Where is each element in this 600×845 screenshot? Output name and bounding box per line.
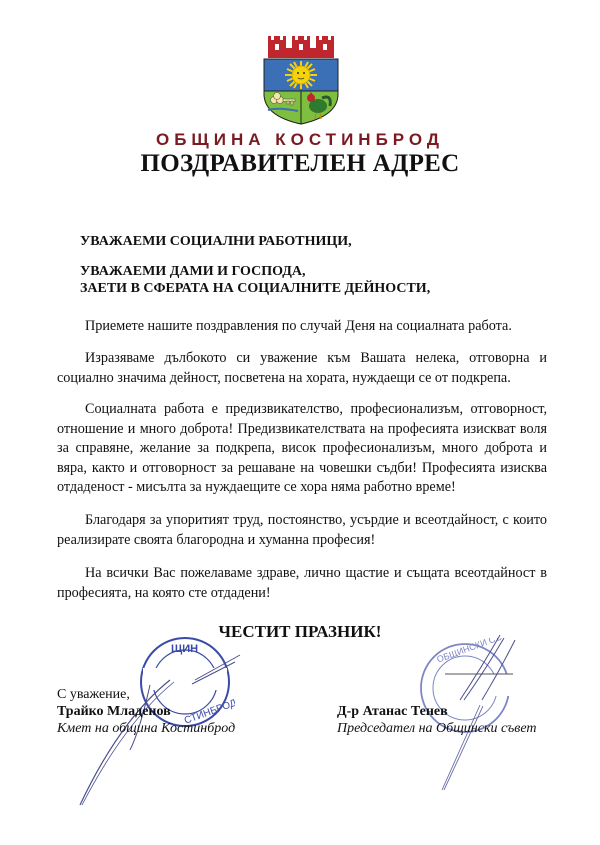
municipality-name: ОБЩИНА КОСТИНБРОД [0, 130, 600, 150]
coat-of-arms-icon [258, 34, 344, 126]
document-title: ПОЗДРАВИТЕЛЕН АДРЕС [0, 150, 600, 178]
mayor-name: Трайко Младенов [57, 703, 171, 720]
paragraph-social-work: Социалната работа е предизвикателство, п… [57, 400, 547, 498]
chairman-name: Д-р Атанас Тенев [337, 703, 448, 720]
salutation-social-workers: УВАЖАЕМИ СОЦИАЛНИ РАБОТНИЦИ, [80, 233, 352, 250]
paragraph-respect: Изразяваме дълбокото си уважение към Ваш… [57, 349, 547, 388]
closing-phrase: С уважение, [57, 686, 130, 703]
paragraph-wishes: На всички Вас пожелаваме здраве, лично щ… [57, 564, 547, 603]
chairman-position: Председател на Общински съвет [337, 720, 537, 737]
mayor-position: Кмет на община Костинброд [57, 720, 235, 737]
salutation-ladies-gentlemen: УВАЖАЕМИ ДАМИ И ГОСПОДА, [80, 263, 306, 280]
salutation-social-sector: ЗАЕТИ В СФЕРАТА НА СОЦИАЛНИТЕ ДЕЙНОСТИ, [80, 280, 430, 297]
paragraph-gratitude: Благодаря за упоритият труд, постоянство… [57, 511, 547, 550]
paragraph-greetings: Приемете нашите поздравления по случай Д… [57, 317, 547, 337]
